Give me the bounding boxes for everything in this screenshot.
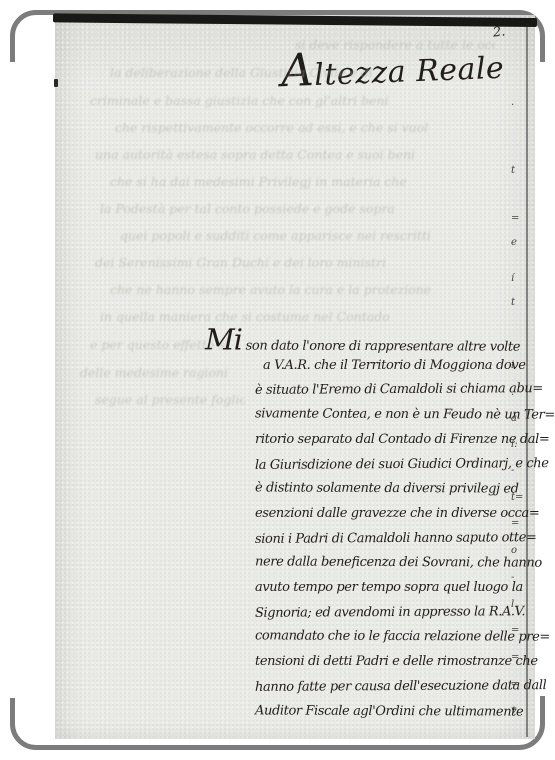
bleedthrough-line: che rispettivamente occorre ad essi, e c…: [115, 120, 495, 138]
manuscript-line: Signoria; ed avendomi in appresso la R.A…: [255, 599, 525, 626]
bleedthrough-line: segue al presente foglio: [95, 392, 245, 410]
manuscript-line: è situato l'Eremo di Camaldoli si chiama…: [255, 377, 543, 404]
bleedthrough-line: dei Serenissimi Gran Duchi e dei loro mi…: [95, 255, 495, 273]
manuscript-line: nere dalla beneficenza dei Sovrani, che …: [255, 550, 542, 576]
edge-fragment: =: [511, 679, 519, 690]
bleedthrough-line: che si ha dai medesimi Privilegj in mate…: [110, 174, 500, 192]
manuscript-line: esenzioni dalle gravezze che in diverse …: [255, 501, 539, 526]
manuscript-line: comandato che io le faccia relazione del…: [255, 624, 550, 650]
manuscript-line: la Giurisdizione dei suoi Giudici Ordina…: [255, 451, 549, 478]
edge-fragment: t=: [511, 492, 523, 503]
bleedthrough-line: la Podestà per tal conto possiede e gode…: [100, 201, 500, 219]
edge-fragment: à: [511, 413, 517, 424]
decorated-initial: Mi: [205, 322, 242, 356]
edge-fragment: e: [511, 237, 517, 248]
manuscript-line: Mi son dato l'onore di rappresentare alt…: [205, 327, 520, 353]
edge-fragment: -: [511, 572, 514, 583]
bleedthrough-line: quei popoli e sudditi come apparisce nei…: [120, 228, 495, 246]
edge-fragment: l:: [511, 439, 518, 450]
manuscript-line: tensioni di detti Padri e delle rimostra…: [255, 649, 538, 674]
edge-fragment: v: [511, 705, 517, 716]
manuscript-line: ritorio separato dal Contado di Firenze …: [255, 427, 549, 452]
edge-fragment: i: [511, 360, 514, 371]
bleedthrough-line: in quella maniera che si costuma nel Con…: [100, 309, 450, 327]
scan-edge-strip: [53, 13, 537, 27]
edge-fragment: í: [511, 273, 514, 284]
edge-fragment: .: [511, 97, 514, 108]
manuscript-line: hanno fatte per causa dell'esecuzione da…: [255, 673, 547, 700]
frame-side-gap-left: [5, 62, 21, 698]
edge-fragment: =: [511, 213, 519, 224]
manuscript-line: avuto tempo per tempo sopra quel luogo l…: [255, 575, 523, 600]
edge-fragment: t: [511, 297, 515, 308]
bleedthrough-line: una autorità estesa sopra detta Contea e…: [95, 147, 500, 165]
bleedthrough-line: delle medesime ragioni: [80, 365, 245, 383]
edge-fragment: -: [511, 465, 514, 476]
edge-fragment: o: [511, 545, 517, 556]
page-title: Altezza Reale: [280, 36, 505, 98]
edge-fragment: l.: [511, 599, 517, 610]
edge-fragment: =: [511, 625, 519, 636]
edge-fragment: .: [511, 387, 514, 398]
manuscript-line: a V.A.R. che il Territorio di Moggiona d…: [263, 353, 526, 378]
bleedthrough-line: che ne hanno sempre avuto la cura e la p…: [110, 282, 495, 300]
manuscript-line: Auditor Fiscale agl'Ordini che ultimamen…: [255, 698, 523, 724]
manuscript-line: sivamente Contea, e non è un Feudo nè un…: [255, 401, 555, 427]
ink-blot: [54, 79, 58, 87]
edge-fragment: t: [511, 165, 515, 176]
manuscript-line: è distinto solamente da diversi privileg…: [255, 476, 519, 502]
screenshot-root: { "document": { "page_number": "2.", "he…: [0, 0, 555, 760]
manuscript-page: 2. Altezza Reale si deve rispondere a tu…: [55, 15, 535, 739]
edge-fragment: =: [511, 518, 519, 529]
manuscript-line: sioni i Padri di Camaldoli hanno saputo …: [255, 525, 537, 552]
edge-fragment: =: [511, 652, 519, 663]
